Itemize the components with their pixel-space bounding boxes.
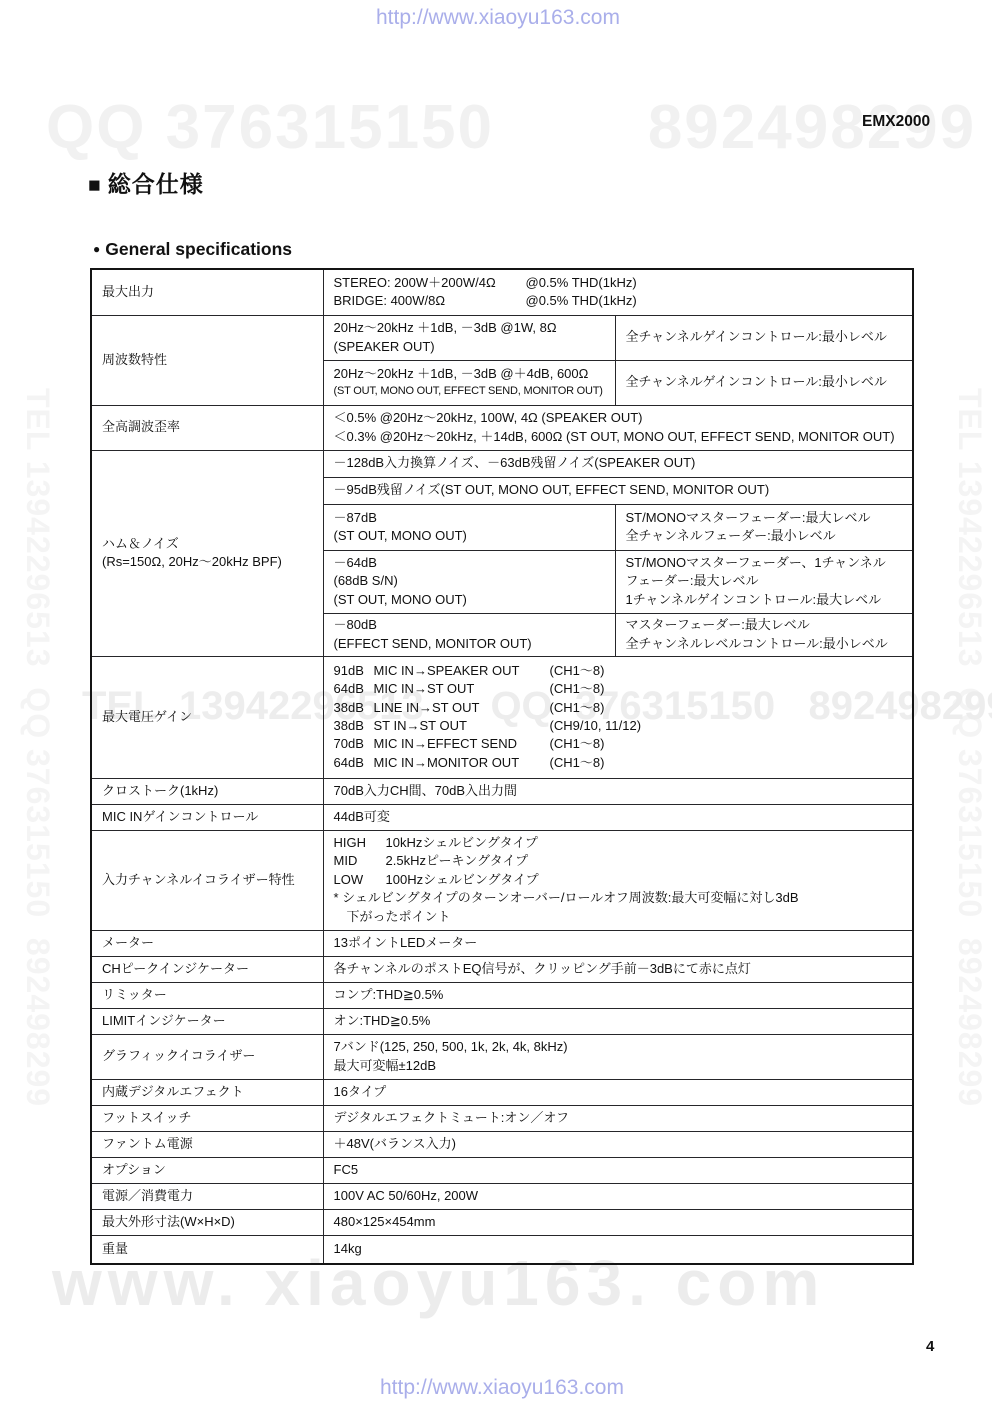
spec-value: －128dB入力換算ノイズ、－63dB残留ノイズ(SPEAKER OUT) [323,450,913,477]
bullet-icon: ● [93,242,100,256]
row-mic-gain: MIC INゲインコントロール 44dB可変 [91,804,913,830]
eq-line: HIGH10kHzシェルビングタイプ [334,834,903,852]
row-thd: 全高調波歪率 ＜0.5% @20Hz～20kHz, 100W, 4Ω (SPEA… [91,405,913,450]
spec-text: MIC IN→SPEAKER OUT [374,662,550,680]
spec-text: 20Hz～20kHz ＋1dB, －3dB @＋4dB, 600Ω [334,365,605,383]
spec-text: BRIDGE: 400W/8Ω [334,292,526,310]
watermark-url-top: http://www.xiaoyu163.com [376,6,620,30]
spec-label: 最大電圧ゲイン [91,656,323,778]
subsection-title: General specifications [105,239,292,259]
spec-label: 最大出力 [91,269,323,315]
value-line: STEREO: 200W＋200W/4Ω@0.5% THD(1kHz) [334,274,903,292]
spec-value: 44dB可変 [323,804,913,830]
spec-label: LIMITインジケーター [91,1008,323,1034]
spec-text: 10kHzシェルビングタイプ [386,835,538,850]
spec-value: FC5 [323,1157,913,1183]
spec-text: 2.5kHzピーキングタイプ [386,853,529,868]
spec-text: 91dB [334,662,374,680]
model-label: EMX2000 [862,113,930,131]
spec-value: STEREO: 200W＋200W/4Ω@0.5% THD(1kHz) BRID… [323,269,913,315]
section-title: 総合仕様 [108,171,204,197]
spec-label: 入力チャンネルイコライザー特性 [91,830,323,930]
section-heading: ■総合仕様 [88,166,204,199]
spec-value: 13ポイントLEDメーター [323,930,913,956]
spec-condition: ST/MONOマスターフェーダー、1チャンネル フェーダー:最大レベル 1チャン… [615,550,913,613]
spec-value: －64dB (68dB S/N) (ST OUT, MONO OUT) [323,550,615,613]
page-number: 4 [926,1338,934,1355]
spec-text: LINE IN→ST OUT [374,699,550,717]
spec-value: 16タイプ [323,1079,913,1105]
watermark-tel-right: TEL 13942296513 QQ 376315150 892498299 [951,388,988,1107]
row-ch-peak: CHピークインジケーター 各チャンネルのポストEQ信号が、クリッピング手前－3d… [91,956,913,982]
row-freq-response-1: 周波数特性 20Hz～20kHz ＋1dB, －3dB @1W, 8Ω (SPE… [91,315,913,360]
row-max-output: 最大出力 STEREO: 200W＋200W/4Ω@0.5% THD(1kHz)… [91,269,913,315]
row-weight: 重量 14kg [91,1235,913,1264]
value-line: BRIDGE: 400W/8Ω@0.5% THD(1kHz) [334,292,903,310]
spec-value: 20Hz～20kHz ＋1dB, －3dB @1W, 8Ω (SPEAKER O… [323,315,615,360]
spec-text: 100Hzシェルビングタイプ [386,872,539,887]
row-graphic-eq: グラフィックイコライザー 7バンド(125, 250, 500, 1k, 2k,… [91,1034,913,1079]
spec-label: 重量 [91,1235,323,1264]
gain-line: 70dBMIC IN→EFFECT SEND(CH1～8) [334,735,903,753]
spec-text: (CH1～8) [550,755,605,770]
spec-condition: マスターフェーダー:最大レベル 全チャンネルレベルコントロール:最小レベル [615,613,913,656]
spec-label: MIC INゲインコントロール [91,804,323,830]
subsection-heading: ●General specifications [93,239,292,260]
spec-label: リミッター [91,982,323,1008]
spec-value: 各チャンネルのポストEQ信号が、クリッピング手前－3dBにて赤に点灯 [323,956,913,982]
spec-label: グラフィックイコライザー [91,1034,323,1079]
spec-text: MID [334,852,386,870]
spec-label: 内蔵デジタルエフェクト [91,1079,323,1105]
spec-text: (CH1～8) [550,700,605,715]
spec-value: －80dB (EFFECT SEND, MONITOR OUT) [323,613,615,656]
spec-label: 電源／消費電力 [91,1183,323,1209]
row-option: オプション FC5 [91,1157,913,1183]
spec-text: (CH9/10, 11/12) [550,718,642,733]
spec-text: LOW [334,871,386,889]
spec-condition: 全チャンネルゲインコントロール:最小レベル [615,360,913,405]
spec-value: 7バンド(125, 250, 500, 1k, 2k, 4k, 8kHz) 最大… [323,1034,913,1079]
gain-line: 38dBLINE IN→ST OUT(CH1～8) [334,699,903,717]
spec-label: オプション [91,1157,323,1183]
spec-text: (CH1～8) [550,681,605,696]
row-crosstalk: クロストーク(1kHz) 70dB入力CH間、70dB入出力間 [91,778,913,804]
spec-label: ファントム電源 [91,1131,323,1157]
watermark-tel-left: TEL 13942296513 QQ 376315150 892498299 [19,388,56,1107]
watermark-url-bottom: http://www.xiaoyu163.com [380,1376,624,1400]
gain-line: 64dBMIC IN→ST OUT(CH1～8) [334,680,903,698]
spec-text: @0.5% THD(1kHz) [526,293,637,308]
spec-label: フットスイッチ [91,1105,323,1131]
spec-text: 38dB [334,699,374,717]
row-power: 電源／消費電力 100V AC 50/60Hz, 200W [91,1183,913,1209]
spec-value: 14kg [323,1235,913,1264]
spec-label: クロストーク(1kHz) [91,778,323,804]
row-limiter: リミッター コンプ:THD≧0.5% [91,982,913,1008]
watermark-qq-top: QQ 376315150 892498299 [46,92,976,163]
spec-table: 最大出力 STEREO: 200W＋200W/4Ω@0.5% THD(1kHz)… [90,268,914,1265]
spec-text: 38dB [334,717,374,735]
document-page: http://www.xiaoyu163.com QQ 376315150 89… [0,0,992,1404]
row-digital-effect: 内蔵デジタルエフェクト 16タイプ [91,1079,913,1105]
spec-label: ハム＆ノイズ (Rs=150Ω, 20Hz～20kHz BPF) [91,450,323,656]
row-hum-noise-1: ハム＆ノイズ (Rs=150Ω, 20Hz～20kHz BPF) －128dB入… [91,450,913,477]
spec-label: 最大外形寸法(W×H×D) [91,1209,323,1235]
gain-line: 38dBST IN→ST OUT(CH9/10, 11/12) [334,717,903,735]
spec-value: オン:THD≧0.5% [323,1008,913,1034]
gain-line: 91dBMIC IN→SPEAKER OUT(CH1～8) [334,662,903,680]
spec-condition: 全チャンネルゲインコントロール:最小レベル [615,315,913,360]
spec-text: STEREO: 200W＋200W/4Ω [334,274,526,292]
section-marker-icon: ■ [88,174,102,197]
row-input-eq: 入力チャンネルイコライザー特性 HIGH10kHzシェルビングタイプ MID2.… [91,830,913,930]
spec-label: 全高調波歪率 [91,405,323,450]
spec-text: HIGH [334,834,386,852]
spec-text: MIC IN→MONITOR OUT [374,754,550,772]
spec-condition: ST/MONOマスターフェーダー:最大レベル 全チャンネルフェーダー:最小レベル [615,504,913,550]
spec-label: CHピークインジケーター [91,956,323,982]
spec-value: 20Hz～20kHz ＋1dB, －3dB @＋4dB, 600Ω (ST OU… [323,360,615,405]
spec-value: －95dB残留ノイズ(ST OUT, MONO OUT, EFFECT SEND… [323,477,913,504]
spec-text: (CH1～8) [550,736,605,751]
eq-line: LOW100Hzシェルビングタイプ [334,871,903,889]
spec-text: (ST OUT, MONO OUT, EFFECT SEND, MONITOR … [334,384,605,400]
eq-line: MID2.5kHzピーキングタイプ [334,852,903,870]
spec-value: 100V AC 50/60Hz, 200W [323,1183,913,1209]
row-meter: メーター 13ポイントLEDメーター [91,930,913,956]
spec-label: 周波数特性 [91,315,323,405]
eq-note: * シェルビングタイプのターンオーバー/ロールオフ周波数:最大可変幅に対し3dB… [334,889,903,926]
spec-value: 91dBMIC IN→SPEAKER OUT(CH1～8) 64dBMIC IN… [323,656,913,778]
row-max-voltage-gain: 最大電圧ゲイン 91dBMIC IN→SPEAKER OUT(CH1～8) 64… [91,656,913,778]
spec-text: @0.5% THD(1kHz) [526,275,637,290]
gain-line: 64dBMIC IN→MONITOR OUT(CH1～8) [334,754,903,772]
row-foot-switch: フットスイッチ デジタルエフェクトミュート:オン／オフ [91,1105,913,1131]
spec-text: 70dB [334,735,374,753]
spec-value: コンプ:THD≧0.5% [323,982,913,1008]
spec-text: MIC IN→EFFECT SEND [374,735,550,753]
row-phantom: ファントム電源 ＋48V(バランス入力) [91,1131,913,1157]
row-limit-indicator: LIMITインジケーター オン:THD≧0.5% [91,1008,913,1034]
row-dimensions: 最大外形寸法(W×H×D) 480×125×454mm [91,1209,913,1235]
spec-text: MIC IN→ST OUT [374,680,550,698]
spec-value: －87dB (ST OUT, MONO OUT) [323,504,615,550]
spec-text: 64dB [334,680,374,698]
spec-value: ＜0.5% @20Hz～20kHz, 100W, 4Ω (SPEAKER OUT… [323,405,913,450]
spec-value: ＋48V(バランス入力) [323,1131,913,1157]
spec-text: ST IN→ST OUT [374,717,550,735]
spec-text: (CH1～8) [550,663,605,678]
spec-label: メーター [91,930,323,956]
spec-value: HIGH10kHzシェルビングタイプ MID2.5kHzピーキングタイプ LOW… [323,830,913,930]
spec-value: デジタルエフェクトミュート:オン／オフ [323,1105,913,1131]
spec-text: 64dB [334,754,374,772]
spec-value: 480×125×454mm [323,1209,913,1235]
spec-value: 70dB入力CH間、70dB入出力間 [323,778,913,804]
